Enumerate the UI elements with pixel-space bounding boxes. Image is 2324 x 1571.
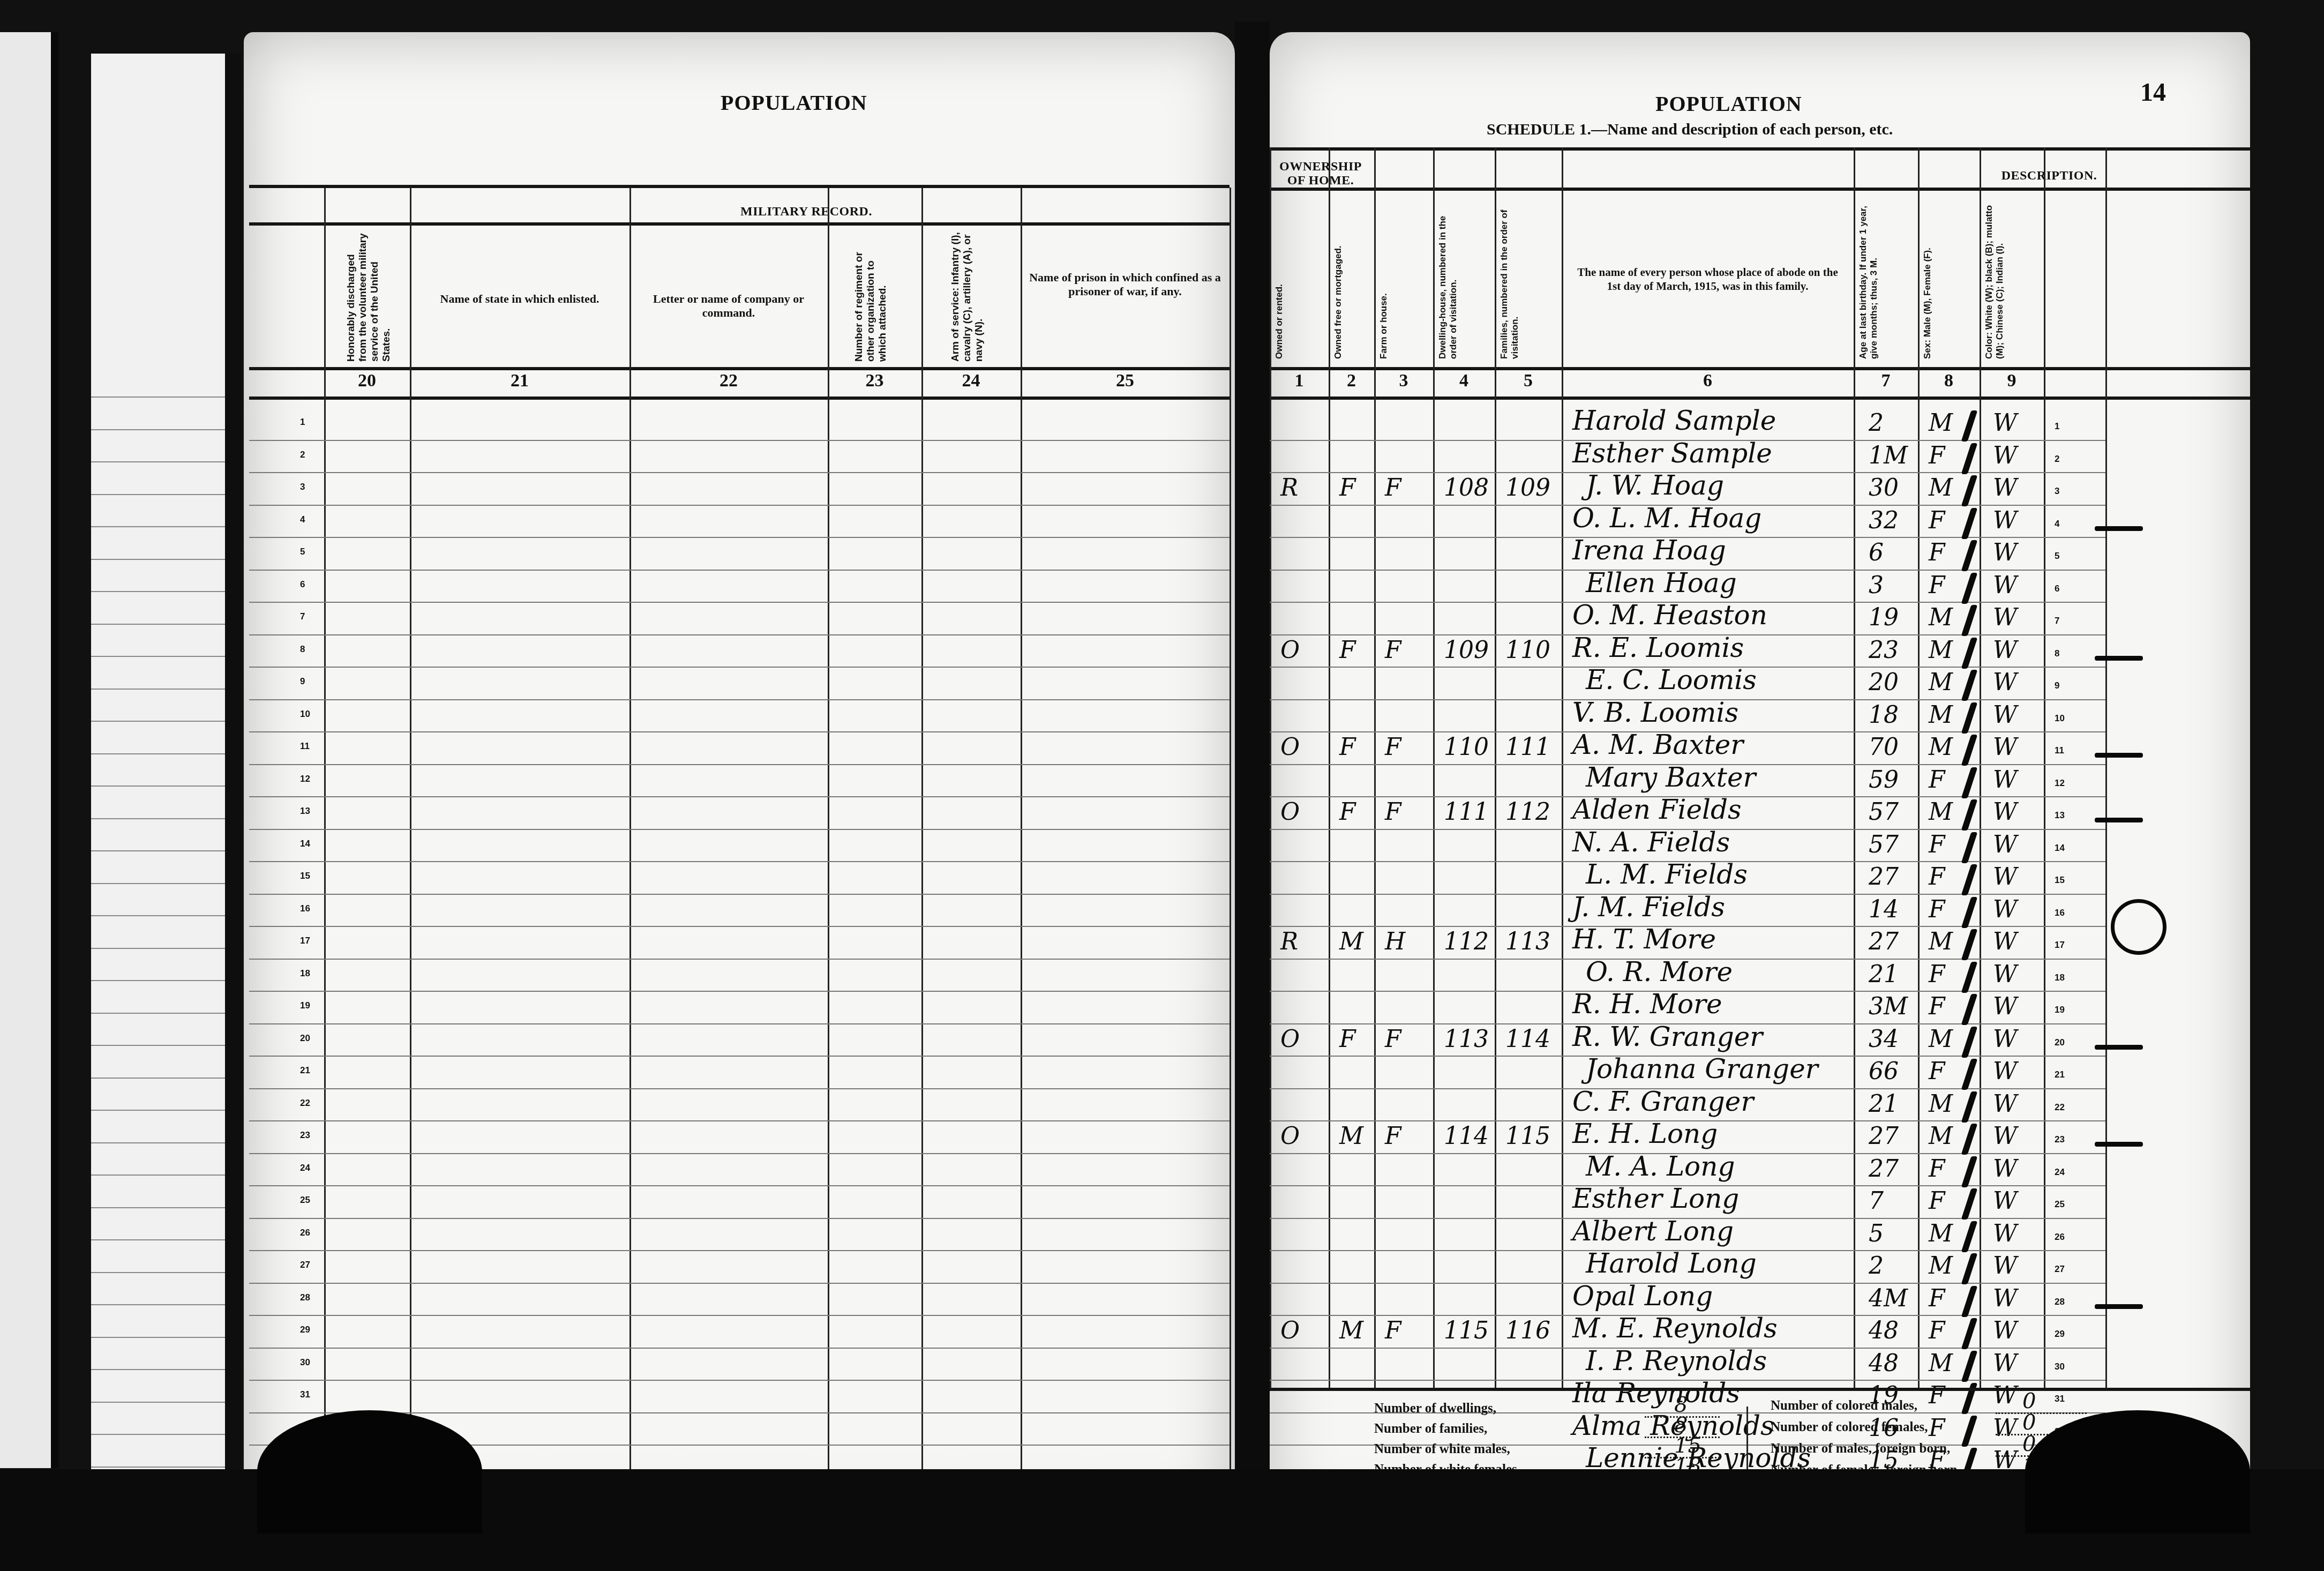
- tally-mark: [1961, 1416, 1978, 1447]
- column-number-25: 25: [1021, 371, 1230, 391]
- person-name: Esther Sample: [1572, 438, 1772, 469]
- line-number: 25: [300, 1195, 310, 1206]
- column-rule: [2105, 147, 2107, 1388]
- color: W: [1993, 442, 2017, 469]
- age: 3M: [1869, 993, 1908, 1020]
- sex: M: [1929, 1220, 1953, 1247]
- line-number: 1: [2055, 421, 2059, 432]
- line-number: 18: [2055, 972, 2065, 983]
- column-rule: [1918, 147, 1920, 1388]
- age: 23: [1869, 637, 1899, 664]
- tally-mark: [1961, 962, 1978, 993]
- ruled-line: [249, 1023, 1230, 1024]
- right-page-title: POPULATION: [1655, 91, 1802, 116]
- line-number: 22: [300, 1098, 310, 1109]
- color: W: [1993, 701, 2017, 729]
- age: 70: [1869, 734, 1899, 761]
- column-number-5: 5: [1495, 371, 1562, 391]
- color: W: [1993, 863, 2017, 891]
- column-number-20: 20: [324, 371, 410, 391]
- age: 4M: [1869, 1285, 1908, 1312]
- line-number: 6: [300, 579, 305, 590]
- ruled-line: [249, 472, 1230, 473]
- column-header-9: Color: White (W); black (B); mulatto (M)…: [1984, 198, 2040, 359]
- tally-mark: [1961, 1286, 1978, 1317]
- line-number: 17: [2055, 940, 2065, 951]
- age: 5: [1869, 1220, 1884, 1247]
- column-rule: [2044, 147, 2045, 1388]
- sex: F: [1929, 1155, 1945, 1183]
- tally-mark: [1961, 702, 1978, 734]
- tally-mark: [1961, 1351, 1978, 1382]
- sex: M: [1929, 1350, 1953, 1377]
- line-number: 30: [300, 1357, 310, 1368]
- margin-mark: [2095, 656, 2143, 661]
- color: W: [1993, 1123, 2017, 1150]
- page-number: 14: [2140, 78, 2166, 107]
- column-header-22: Letter or name of company or command.: [638, 292, 820, 320]
- farm-or-house: F: [1385, 798, 1401, 826]
- color: W: [1993, 1090, 2017, 1118]
- owned-free-or-mortgaged: M: [1339, 928, 1363, 955]
- ruled-line: [91, 1467, 225, 1468]
- column-number-1: 1: [1270, 371, 1329, 391]
- person-name: E. C. Loomis: [1586, 664, 1757, 695]
- summary-label: Number of colored females,: [1771, 1420, 1928, 1435]
- line-number: 27: [300, 1260, 310, 1270]
- column-header-7: Age at last birthday. If under 1 year, g…: [1858, 198, 1914, 359]
- owned-free-or-mortgaged: M: [1339, 1123, 1363, 1150]
- military-record-header: MILITARY RECORD.: [512, 205, 1101, 219]
- margin-mark: [2095, 753, 2143, 758]
- line-number: 13: [300, 806, 310, 817]
- tally-mark: [1961, 1188, 1978, 1220]
- ruled-line: [91, 1045, 225, 1046]
- tally-mark: [1961, 670, 1978, 701]
- dwelling-number: 114: [1444, 1123, 1489, 1150]
- person-name: O. R. More: [1586, 956, 1733, 988]
- sex: M: [1929, 1252, 1953, 1280]
- tally-mark: [1961, 799, 1978, 831]
- sex: M: [1929, 409, 1953, 437]
- line-number: 11: [2055, 745, 2064, 756]
- person-name: Opal Long: [1572, 1281, 1713, 1312]
- column-number-21: 21: [410, 371, 629, 391]
- ruled-line: [91, 397, 225, 398]
- color: W: [1993, 1026, 2017, 1053]
- ruled-line: [249, 894, 1230, 895]
- line-number: 20: [300, 1033, 310, 1044]
- owned-or-rented: O: [1280, 637, 1300, 664]
- previous-page-edge: [91, 54, 241, 1495]
- ruled-line: [249, 1250, 1230, 1251]
- ruled-line: [91, 980, 225, 981]
- ruled-line: [91, 850, 225, 851]
- age: 6: [1869, 539, 1884, 566]
- age: 14: [1869, 896, 1899, 923]
- age: 21: [1869, 1090, 1899, 1118]
- color: W: [1993, 1220, 2017, 1247]
- margin-mark: [2095, 1045, 2143, 1050]
- age: 57: [1869, 831, 1899, 858]
- tally-mark: [1961, 475, 1978, 506]
- tally-mark: [1961, 605, 1978, 636]
- column-number-7: 7: [1854, 371, 1918, 391]
- sex: M: [1929, 734, 1953, 761]
- person-name: V. B. Loomis: [1572, 697, 1738, 728]
- age: 48: [1869, 1317, 1899, 1344]
- color: W: [1993, 1058, 2017, 1085]
- line-number: 4: [2055, 519, 2059, 529]
- column-header-24: Arm of service: Infantry (I), cavalry (C…: [950, 230, 993, 362]
- line-number: 6: [2055, 583, 2059, 594]
- tally-mark: [1961, 832, 1978, 863]
- farm-or-house: F: [1385, 1026, 1401, 1053]
- color: W: [1993, 766, 2017, 794]
- sex: M: [1929, 669, 1953, 696]
- right-page-schedule-1: POPULATION 14 SCHEDULE 1.—Name and descr…: [1270, 32, 2250, 1522]
- line-number: 31: [2055, 1394, 2065, 1404]
- book-gutter: [1235, 21, 1270, 1543]
- sex: F: [1929, 1415, 1945, 1442]
- thumb-shadow-left: [257, 1410, 482, 1533]
- line-number: 30: [2055, 1361, 2065, 1372]
- sex: F: [1929, 1285, 1945, 1312]
- sex: F: [1929, 442, 1945, 469]
- summary-label: Number of dwellings,: [1374, 1401, 1496, 1416]
- summary-fill-line: [1996, 1412, 2087, 1414]
- ruled-line: [91, 1402, 225, 1403]
- age: 32: [1869, 507, 1899, 534]
- ruled-line: [91, 591, 225, 592]
- line-number: 13: [2055, 810, 2065, 821]
- column-rule: [1980, 147, 1981, 1388]
- person-name: Albert Long: [1572, 1216, 1734, 1247]
- summary-label: Number of males, foreign born,: [1771, 1441, 1950, 1456]
- ruled-line: [249, 699, 1230, 700]
- age: 48: [1869, 1350, 1899, 1377]
- person-name: Mary Baxter: [1586, 762, 1756, 793]
- line-number: 7: [300, 611, 305, 622]
- column-header-21: Name of state in which enlisted.: [418, 292, 621, 306]
- line-number: 15: [300, 871, 310, 881]
- ruled-line: [91, 1337, 225, 1338]
- column-number-8: 8: [1918, 371, 1980, 391]
- thumb-shadow-right: [2025, 1410, 2250, 1533]
- family-number: 115: [1505, 1123, 1550, 1150]
- circled-annotation: [2111, 899, 2166, 955]
- person-name: A. M. Baxter: [1572, 729, 1743, 760]
- summary-label: Number of families,: [1374, 1422, 1487, 1437]
- dwelling-number: 115: [1444, 1317, 1489, 1344]
- person-name: R. E. Loomis: [1572, 632, 1744, 663]
- ruled-line: [249, 1056, 1230, 1057]
- column-header-4: Dwelling-house, numbered in the order of…: [1437, 198, 1490, 359]
- color: W: [1993, 539, 2017, 566]
- color: W: [1993, 669, 2017, 696]
- person-name: N. A. Fields: [1572, 827, 1730, 858]
- color: W: [1993, 961, 2017, 988]
- color: W: [1993, 1285, 2017, 1312]
- schedule-title: SCHEDULE 1.—Name and description of each…: [1487, 121, 1893, 139]
- color: W: [1993, 474, 2017, 502]
- line-number: 12: [300, 774, 310, 784]
- owned-or-rented: O: [1280, 798, 1300, 826]
- tally-mark: [1961, 410, 1978, 442]
- color: W: [1993, 604, 2017, 631]
- dwelling-number: 108: [1444, 474, 1489, 502]
- line-number: 24: [2055, 1167, 2065, 1178]
- sex: M: [1929, 1026, 1953, 1053]
- family-number: 111: [1505, 734, 1550, 761]
- ruled-line: [249, 537, 1230, 538]
- ruled-line: [91, 559, 225, 560]
- person-name: I. P. Reynolds: [1586, 1345, 1767, 1377]
- family-number: 113: [1505, 928, 1550, 955]
- color: W: [1993, 896, 2017, 923]
- color: W: [1993, 993, 2017, 1020]
- age: 2: [1869, 409, 1884, 437]
- line-number: 4: [300, 514, 305, 525]
- tally-mark: [1961, 443, 1978, 474]
- person-name: O. M. Heaston: [1572, 600, 1767, 631]
- age: 66: [1869, 1058, 1899, 1085]
- line-number: 12: [2055, 778, 2065, 789]
- farm-or-house: F: [1385, 1123, 1401, 1150]
- age: 27: [1869, 928, 1899, 955]
- ruled-line: [91, 429, 225, 430]
- column-number-23: 23: [828, 371, 921, 391]
- family-number: 110: [1505, 637, 1550, 664]
- column-header-6: The name of every person whose place of …: [1575, 265, 1840, 293]
- farm-or-house: F: [1385, 734, 1401, 761]
- dwelling-number: 112: [1444, 928, 1489, 955]
- owned-free-or-mortgaged: F: [1339, 798, 1356, 826]
- color: W: [1993, 1155, 2017, 1183]
- book-edge: [0, 32, 58, 1468]
- column-header-8: Sex: Male (M), Female (F).: [1922, 198, 1975, 359]
- person-name: Johanna Granger: [1586, 1053, 1818, 1084]
- age: 19: [1869, 604, 1899, 631]
- line-number: 29: [2055, 1329, 2065, 1340]
- sex: F: [1929, 572, 1945, 599]
- color: W: [1993, 1317, 2017, 1344]
- ruled-line: [249, 505, 1230, 506]
- ruled-line: [91, 1207, 225, 1208]
- owned-or-rented: O: [1280, 1317, 1300, 1344]
- owned-free-or-mortgaged: M: [1339, 1317, 1363, 1344]
- sex: F: [1929, 1187, 1945, 1215]
- tally-mark: [1961, 994, 1978, 1025]
- age: 30: [1869, 474, 1899, 502]
- column-rule: [1374, 147, 1376, 1388]
- tally-mark: [1961, 508, 1978, 539]
- tally-mark: [1961, 1156, 1978, 1187]
- tally-mark: [1961, 1253, 1978, 1284]
- farm-or-house: F: [1385, 474, 1401, 502]
- column-rule: [1495, 147, 1496, 1388]
- ruled-line: [91, 494, 225, 495]
- line-number: 19: [2055, 1005, 2065, 1015]
- person-name: O. L. M. Hoag: [1572, 503, 1761, 534]
- summary-label: Number of colored males,: [1771, 1398, 1917, 1413]
- ruled-line: [249, 731, 1230, 732]
- sex: F: [1929, 1317, 1945, 1344]
- tally-mark: [1961, 735, 1978, 766]
- color: W: [1993, 1415, 2017, 1442]
- tally-mark: [1961, 638, 1978, 669]
- ruled-line: [91, 1013, 225, 1014]
- ruled-line: [249, 570, 1230, 571]
- sex: F: [1929, 831, 1945, 858]
- person-name: M. E. Reynolds: [1572, 1313, 1778, 1344]
- line-number: 31: [300, 1389, 310, 1400]
- age: 21: [1869, 961, 1899, 988]
- column-header-20: Honorably discharged from the volunteer …: [346, 230, 388, 362]
- person-name: C. F. Granger: [1572, 1086, 1753, 1117]
- owned-or-rented: O: [1280, 1026, 1300, 1053]
- person-name: J. W. Hoag: [1586, 470, 1724, 501]
- tally-mark: [1961, 1221, 1978, 1252]
- line-number: 8: [2055, 648, 2059, 659]
- person-name: J. M. Fields: [1572, 892, 1725, 923]
- line-number: 2: [2055, 454, 2059, 465]
- color: W: [1993, 831, 2017, 858]
- ruled-line: [91, 526, 225, 527]
- ruled-line: [91, 461, 225, 462]
- column-header-5: Families, numbered in the order of visit…: [1499, 198, 1557, 359]
- line-number: 28: [2055, 1297, 2065, 1307]
- color: W: [1993, 798, 2017, 826]
- tally-mark: [1961, 929, 1978, 960]
- ruled-line: [91, 1110, 225, 1111]
- line-number: 23: [300, 1130, 310, 1141]
- line-number: 25: [2055, 1199, 2065, 1210]
- ruled-line: [91, 915, 225, 916]
- sex: F: [1929, 863, 1945, 891]
- sex: F: [1929, 993, 1945, 1020]
- column-rule: [1854, 147, 1855, 1388]
- column-header-1: Owned or rented.: [1274, 198, 1324, 359]
- column-rule: [1270, 147, 1271, 1388]
- line-number: 22: [2055, 1102, 2065, 1113]
- age: 27: [1869, 863, 1899, 891]
- person-name: Harold Long: [1586, 1248, 1757, 1279]
- person-name: R. W. Granger: [1572, 1021, 1763, 1052]
- margin-mark: [2095, 1304, 2143, 1309]
- owned-or-rented: O: [1280, 734, 1300, 761]
- line-number: 3: [2055, 486, 2059, 497]
- column-number-6: 6: [1562, 371, 1854, 391]
- person-name: R. H. More: [1572, 989, 1722, 1020]
- column-header-25: Name of prison in which confined as a pr…: [1029, 271, 1221, 298]
- sex: M: [1929, 1090, 1953, 1118]
- tally-mark: [1961, 1124, 1978, 1155]
- owned-free-or-mortgaged: F: [1339, 1026, 1356, 1053]
- person-name: E. H. Long: [1572, 1118, 1718, 1149]
- sex: M: [1929, 604, 1953, 631]
- ruled-line: [249, 1315, 1230, 1316]
- ruled-line: [91, 1369, 225, 1370]
- column-rule: [1329, 147, 1330, 1388]
- line-number: 21: [2055, 1069, 2065, 1080]
- owned-or-rented: O: [1280, 1123, 1300, 1150]
- color: W: [1993, 637, 2017, 664]
- ruled-line: [249, 959, 1230, 960]
- column-number-2: 2: [1329, 371, 1374, 391]
- ruled-line: [249, 1283, 1230, 1284]
- sex: F: [1929, 766, 1945, 794]
- age: 59: [1869, 766, 1899, 794]
- line-number: 5: [2055, 551, 2059, 562]
- person-name: Harold Sample: [1572, 405, 1776, 436]
- ruled-line: [249, 1218, 1230, 1219]
- ruled-line: [91, 818, 225, 819]
- ruled-line: [249, 667, 1230, 668]
- ruled-line: [91, 721, 225, 722]
- ruled-line: [91, 883, 225, 884]
- ruled-line: [249, 861, 1230, 862]
- column-header-23: Number of regiment or other organization…: [853, 230, 896, 362]
- sex: M: [1929, 474, 1953, 502]
- ruled-line: [91, 624, 225, 625]
- left-page-military-record: POPULATION MILITARY RECORD. Honorably di…: [244, 32, 1235, 1522]
- sex: F: [1929, 961, 1945, 988]
- family-number: 109: [1505, 474, 1550, 502]
- ruled-line: [249, 1185, 1230, 1186]
- family-number: 112: [1505, 798, 1550, 826]
- column-rule: [1433, 147, 1435, 1388]
- left-page-title: POPULATION: [721, 90, 867, 115]
- column-number-3: 3: [1374, 371, 1433, 391]
- line-number: 11: [300, 741, 310, 752]
- person-name: Irena Hoag: [1572, 535, 1726, 566]
- age: 7: [1869, 1187, 1884, 1215]
- owned-free-or-mortgaged: F: [1339, 474, 1356, 502]
- farm-or-house: F: [1385, 1317, 1401, 1344]
- line-number: 3: [300, 482, 305, 492]
- dwelling-number: 109: [1444, 637, 1489, 664]
- line-number: 28: [300, 1292, 310, 1303]
- ruled-line: [91, 1272, 225, 1273]
- column-header-3: Farm or house.: [1378, 198, 1429, 359]
- ruled-line: [91, 1304, 225, 1305]
- line-number: 29: [300, 1325, 310, 1335]
- ruled-line: [249, 1380, 1230, 1381]
- ruled-line: [91, 1434, 225, 1435]
- ruled-line: [91, 1174, 225, 1176]
- ruled-line: [249, 1348, 1230, 1349]
- ruled-line: [91, 1239, 225, 1240]
- line-number: 10: [300, 709, 310, 720]
- ruled-line: [249, 926, 1230, 927]
- ruled-line: [91, 656, 225, 657]
- ruled-line: [91, 1078, 225, 1079]
- ruled-line: [249, 440, 1230, 441]
- line-number: 15: [2055, 875, 2065, 886]
- color: W: [1993, 1382, 2017, 1409]
- tally-mark: [1961, 540, 1978, 571]
- ruled-line: [249, 602, 1230, 603]
- ruled-line: [249, 991, 1230, 992]
- column-rule: [1230, 188, 1231, 1495]
- age: 34: [1869, 1026, 1899, 1053]
- line-number: 14: [2055, 843, 2065, 854]
- line-number: 10: [2055, 713, 2065, 724]
- line-number: 8: [300, 644, 305, 655]
- age: 27: [1869, 1123, 1899, 1150]
- color: W: [1993, 734, 2017, 761]
